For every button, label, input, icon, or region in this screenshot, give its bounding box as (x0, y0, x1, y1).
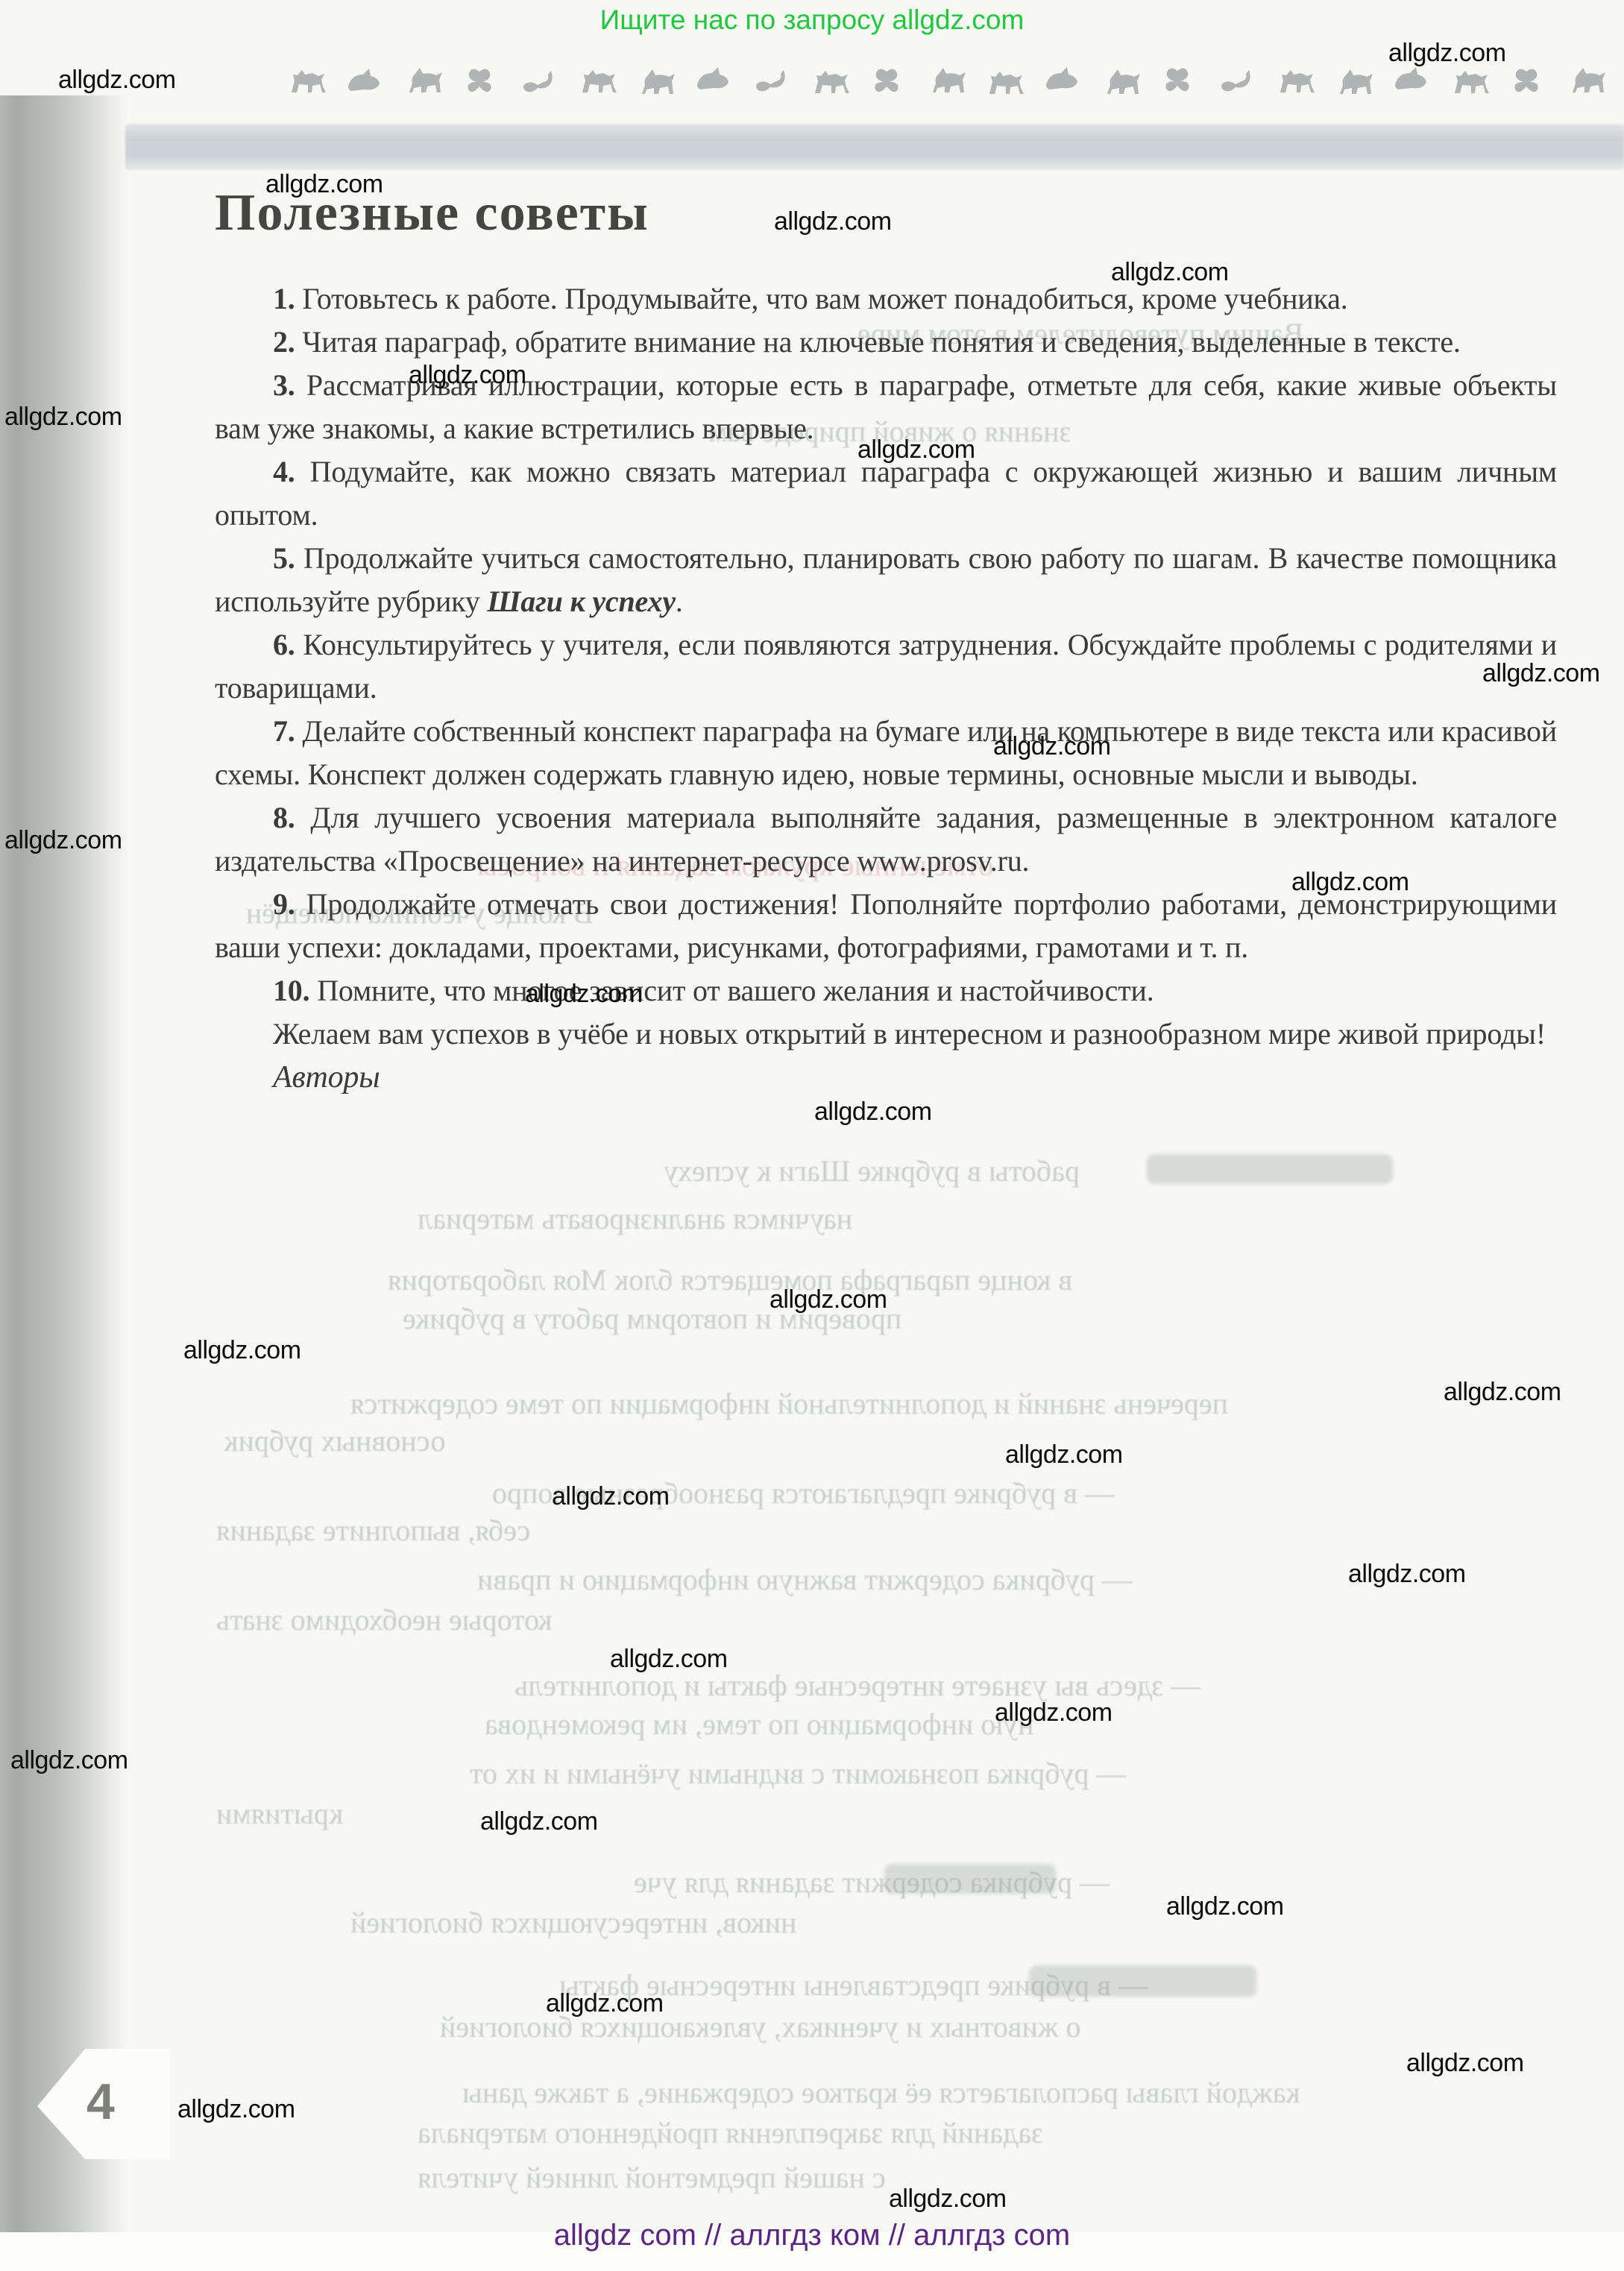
advice-number: 10. (273, 974, 309, 1007)
watermark: allgdz.com (889, 2185, 1007, 2214)
ghost-rubric-pill (884, 1864, 1056, 1894)
watermark: allgdz.com (814, 1097, 932, 1127)
watermark: allgdz.com (995, 1698, 1112, 1727)
advice-text: Читая параграф, обратите внимание на клю… (302, 325, 1460, 359)
ghost-line: основных рубрик (224, 1424, 445, 1458)
watermark: allgdz.com (857, 435, 975, 464)
advice-number: 9. (273, 887, 295, 921)
watermark: allgdz.com (525, 980, 643, 1009)
advice-text: Продолжайте учиться самостоятельно, план… (215, 541, 1557, 618)
watermark: allgdz.com (10, 1746, 128, 1775)
watermark: allgdz.com (177, 2095, 295, 2124)
watermark: allgdz.com (4, 403, 122, 432)
advice-text: Консультируйтесь у учителя, если появляю… (215, 628, 1557, 705)
ghost-line: которые необходимо знать (216, 1603, 553, 1637)
ghost-line: в конце параграфа помещается блок Моя ла… (388, 1263, 1072, 1297)
ghost-line: крытиями (216, 1797, 343, 1831)
advice-text: Помните, что многое зависит от вашего же… (317, 974, 1154, 1007)
advice-number: 3. (273, 368, 295, 402)
ghost-line: работы в рубрике Шаги к успеху (664, 1154, 1080, 1188)
watermark: allgdz.com (993, 732, 1111, 761)
advice-item-6: 6. Консультируйтесь у учителя, если появ… (215, 623, 1557, 710)
advice-text-tail: . (676, 585, 683, 618)
watermark: allgdz.com (546, 1989, 664, 2018)
ghost-line: о животных и учениках, увлекающихся биол… (440, 2010, 1080, 2044)
advice-text: Продолжайте отмечать свои достижения! По… (215, 887, 1557, 964)
watermark: allgdz.com (265, 170, 383, 199)
watermark: allgdz.com (58, 66, 176, 95)
watermark: allgdz.com (774, 207, 892, 236)
ghost-line: каждой главы располагается её краткое со… (462, 2076, 1300, 2110)
ghost-line: научимся анализировать материал (418, 1202, 852, 1236)
watermark: allgdz.com (480, 1807, 598, 1836)
ghost-line: ников, интересующихся биологией (350, 1906, 796, 1940)
advice-number: 5. (273, 541, 295, 575)
watermark: allgdz.com (1005, 1440, 1123, 1470)
advice-item-5: 5. Продолжайте учиться самостоятельно, п… (215, 537, 1557, 623)
closing-wish: Желаем вам успехов в учёбе и новых откры… (215, 1012, 1557, 1056)
advice-number: 8. (273, 801, 295, 834)
ghost-line: себя, выполните задания (216, 1514, 530, 1548)
ghost-line: с нашей предметной линией учителя (418, 2161, 886, 2195)
advice-text: Делайте собственный конспект параграфа н… (215, 714, 1557, 791)
watermark: allgdz.com (183, 1336, 301, 1365)
scanned-textbook-page: Ищите нас по запросу allgdz.com (0, 0, 1624, 2271)
authors-signature: Авторы (215, 1056, 1557, 1099)
ghost-line: — рубрика содержит важную информацию и п… (477, 1563, 1132, 1597)
watermark: allgdz.com (409, 361, 526, 390)
ghost-line: — рубрика познакомит с видными учёными и… (470, 1757, 1127, 1791)
watermark: allgdz.com (610, 1645, 728, 1674)
watermark: allgdz.com (4, 826, 122, 855)
ghost-rubric-pill (1029, 1965, 1256, 1997)
advice-number: 1. (273, 282, 295, 315)
advice-item-1: 1. Готовьтесь к работе. Продумывайте, чт… (215, 277, 1557, 321)
watermark: allgdz.com (1348, 1560, 1466, 1589)
advice-number: 2. (273, 325, 295, 359)
watermark: allgdz.com (1444, 1378, 1561, 1407)
advice-text: Для лучшего усвоения материала выполняйт… (215, 801, 1557, 878)
rubric-name: Шаги к успеху (487, 585, 675, 618)
bleed-through-band (125, 124, 1624, 170)
watermark: allgdz.com (1482, 659, 1600, 688)
promo-header-text: Ищите нас по запросу allgdz.com (0, 4, 1624, 36)
advice-item-10: 10. Помните, что многое зависит от вашег… (215, 969, 1557, 1012)
watermark: allgdz.com (1111, 258, 1229, 287)
watermark: allgdz.com (1406, 2049, 1524, 2078)
watermark: allgdz.com (1388, 39, 1506, 68)
watermark: allgdz.com (552, 1482, 670, 1511)
watermark: allgdz.com (769, 1285, 887, 1314)
advice-item-7: 7. Делайте собственный конспект параграф… (215, 710, 1557, 796)
ghost-line: ную информацию по теме, им рекомендова (485, 1707, 1034, 1742)
ghost-rubric-pill (1147, 1154, 1393, 1184)
advice-list: 1. Готовьтесь к работе. Продумывайте, чт… (215, 277, 1557, 1099)
watermark: allgdz.com (1291, 868, 1409, 897)
watermark: allgdz.com (1166, 1892, 1284, 1921)
advice-number: 7. (273, 714, 295, 748)
ghost-line: перечень знаний и дополнительной информа… (350, 1387, 1228, 1421)
footer-watermark-line: allgdz com // аллгдз ком // аллгдз com (0, 2219, 1624, 2252)
advice-item-2: 2. Читая параграф, обратите внимание на … (215, 321, 1557, 364)
advice-number: 4. (273, 455, 295, 488)
ghost-line: заданий для закрепления пройденного мате… (418, 2116, 1043, 2150)
page-number: 4 (86, 2073, 115, 2131)
animal-silhouette-border-icon (287, 64, 1624, 101)
advice-text: Подумайте, как можно связать материал па… (215, 455, 1557, 532)
advice-number: 6. (273, 628, 295, 661)
